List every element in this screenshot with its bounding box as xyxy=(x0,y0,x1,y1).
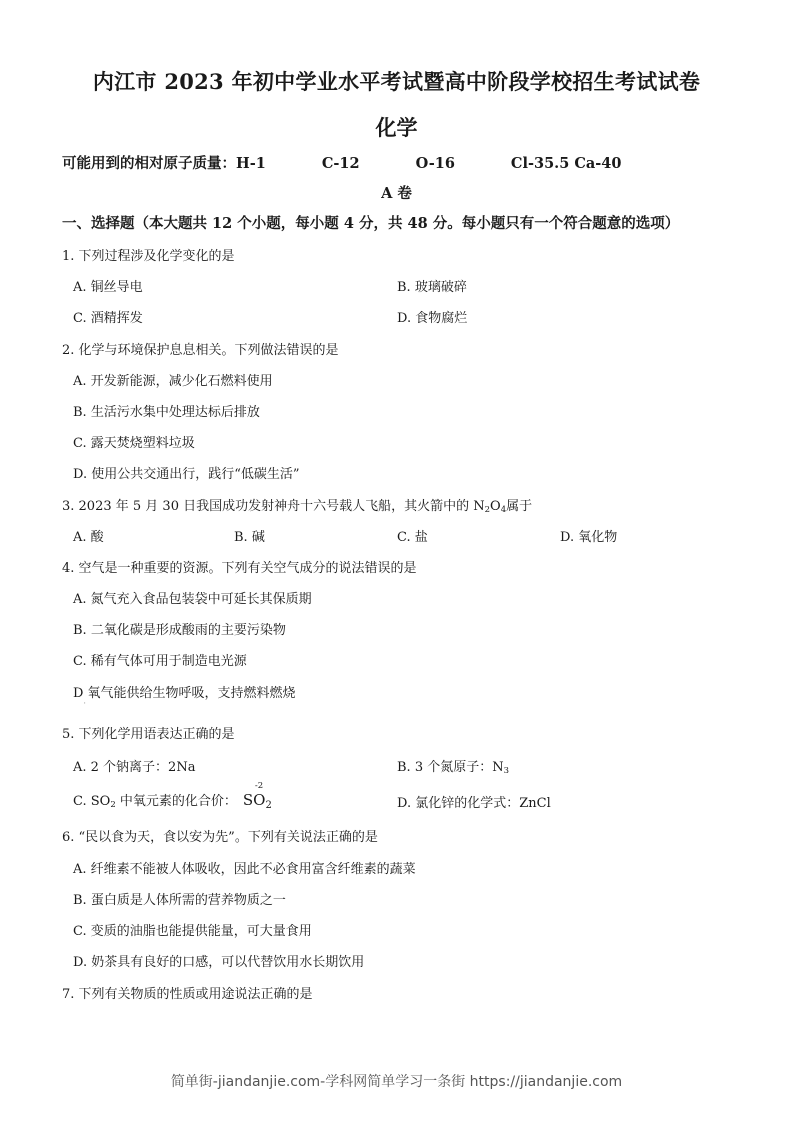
question-6-option-c: C. 变质的油脂也能提供能量，可大量食用 xyxy=(73,920,312,939)
subject-title: 化学 xyxy=(0,112,793,142)
question-2-option-b: B. 生活污水集中处理达标后排放 xyxy=(73,401,260,420)
question-1-stem: 1. 下列过程涉及化学变化的是 xyxy=(62,245,235,264)
question-5-stem: 5. 下列化学用语表达正确的是 xyxy=(62,723,235,742)
question-4-option-a: A. 氮气充入食品包装袋中可延长其保质期 xyxy=(73,588,312,607)
question-3-option-d: D. 氧化物 xyxy=(560,526,617,545)
question-2-option-a: A. 开发新能源，减少化石燃料使用 xyxy=(73,370,273,389)
question-2-option-c: C. 露天焚烧塑料垃圾 xyxy=(73,432,195,451)
question-6-stem: 6. “民以食为天，食以安为先”。下列有关说法正确的是 xyxy=(62,826,378,845)
question-6-option-b: B. 蛋白质是人体所需的营养物质之一 xyxy=(73,889,286,908)
question-1-option-b: B. 玻璃破碎 xyxy=(397,276,467,295)
valence-formula: -2SO2 xyxy=(243,791,272,811)
question-5-option-a: A. 2 个钠离子：2Na xyxy=(73,756,195,775)
valence-superscript: -2 xyxy=(255,781,263,791)
question-2-stem: 2. 化学与环境保护息息相关。下列做法错误的是 xyxy=(62,339,339,358)
question-3-stem-end: 属于 xyxy=(506,499,532,514)
question-1-option-c: C. 酒精挥发 xyxy=(73,307,143,326)
question-1-option-d: D. 食物腐烂 xyxy=(397,307,467,326)
atomic-mass-o: O-16 xyxy=(416,155,455,172)
formula-so: SO xyxy=(243,791,266,809)
question-5-option-b-text: B. 3 个氮原子：N xyxy=(397,760,504,775)
section-heading: 一、选择题（本大题共 12 个小题，每小题 4 分，共 48 分。每小题只有一个… xyxy=(62,212,679,233)
question-6-option-d: D. 奶茶具有良好的口感，可以代替饮用水长期饮用 xyxy=(73,951,364,970)
question-3-stem: 3. 2023 年 5 月 30 日我国成功发射神舟十六号载人飞船，其火箭中的 … xyxy=(62,495,532,515)
question-4-option-b: B. 二氧化碳是形成酸雨的主要污染物 xyxy=(73,619,286,638)
volume-label: A 卷 xyxy=(0,182,793,203)
question-4-option-c: C. 稀有气体可用于制造电光源 xyxy=(73,650,247,669)
question-1-option-a: A. 铜丝导电 xyxy=(73,276,143,295)
footer-watermark: 简单街-jiandanjie.com-学科网简单学习一条街 https://ji… xyxy=(0,1071,793,1091)
question-2-option-d: D. 使用公共交通出行，践行“低碳生活” xyxy=(73,463,300,482)
question-5-option-c-text-2: 中氧元素的化合价： xyxy=(116,794,237,809)
atomic-masses-label: 可能用到的相对原子质量： xyxy=(62,155,236,172)
atomic-masses: 可能用到的相对原子质量：H-1C-12O-16Cl-35.5 Ca-40 xyxy=(62,152,621,173)
atomic-mass-c: C-12 xyxy=(322,155,360,172)
question-5-option-c-text: C. SO xyxy=(73,794,110,809)
question-3-option-a: A. 酸 xyxy=(73,526,104,545)
question-3-formula-o: O xyxy=(490,499,501,514)
question-7-stem: 7. 下列有关物质的性质或用途说法正确的是 xyxy=(62,983,313,1002)
question-3-stem-text: 3. 2023 年 5 月 30 日我国成功发射神舟十六号载人飞船，其火箭中的 … xyxy=(62,499,485,514)
subscript: 2 xyxy=(265,800,271,811)
question-5-option-b: B. 3 个氮原子：N3 xyxy=(397,756,509,776)
atomic-mass-cl-ca: Cl-35.5 Ca-40 xyxy=(511,155,622,172)
exam-title: 内江市 2023 年初中学业水平考试暨高中阶段学校招生考试试卷 xyxy=(0,66,793,96)
subscript: 3 xyxy=(504,766,509,776)
question-5-option-d: D. 氯化锌的化学式：ZnCl xyxy=(397,792,551,811)
stray-mark: ' xyxy=(84,702,86,709)
question-3-option-b: B. 碱 xyxy=(234,526,265,545)
atomic-mass-h: H-1 xyxy=(236,155,266,172)
question-3-option-c: C. 盐 xyxy=(397,526,428,545)
question-5-option-c: C. SO2 中氧元素的化合价：-2SO2 xyxy=(73,790,272,811)
question-4-option-d: D 氧气能供给生物呼吸，支持燃料燃烧 xyxy=(73,682,296,701)
question-4-stem: 4. 空气是一种重要的资源。下列有关空气成分的说法错误的是 xyxy=(62,557,417,576)
question-6-option-a: A. 纤维素不能被人体吸收，因此不必食用富含纤维素的蔬菜 xyxy=(73,858,416,877)
